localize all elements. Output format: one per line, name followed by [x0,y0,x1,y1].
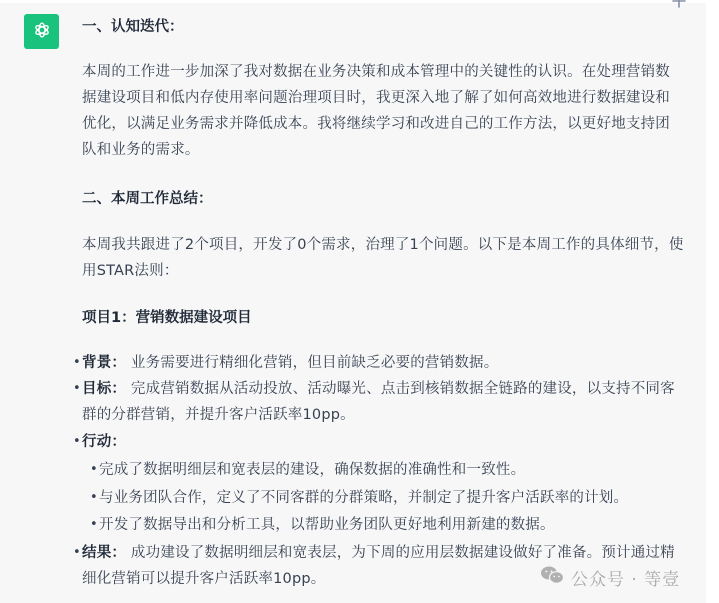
paragraph-line: 本周的工作进一步加深了我对数据在业务决策和成本管理中的关键性的认识。在处理营销数 [82,59,694,85]
project-heading: 项目1：营销数据建设项目 [82,305,252,331]
bullet: • [73,376,81,402]
sub-list-item-text: 开发了数据导出和分析工具，以帮助业务团队更好地利用新建的数据。 [99,512,694,538]
bullet: • [73,429,81,455]
list-item-action: • 行动： [82,429,694,455]
paragraph-line: 本周我共跟进了2个项目，开发了0个需求，治理了1个问题。以下是本周工作的具体细节… [82,232,694,258]
section-paragraph-cognition: 本周的工作进一步加深了我对数据在业务决策和成本管理中的关键性的认识。在处理营销数… [82,59,694,163]
sub-list-item: • 开发了数据导出和分析工具，以帮助业务团队更好地利用新建的数据。 [99,512,694,538]
sub-list-item: • 完成了数据明细层和宽表层的建设，确保数据的准确性和一致性。 [99,457,694,483]
bullet: • [73,540,81,566]
list-item-label: 结果： [82,545,126,561]
paragraph-line: 优化，以满足业务需求并降低成本。我将继续学习和改进自己的工作方法，以更好地支持团 [82,111,694,137]
bullet: • [90,512,98,538]
list-item-text: 群的分群营销，并提升客户活跃率10pp。 [82,402,694,428]
paragraph-line: 用STAR法则： [82,258,694,284]
list-item-background: • 背景： 业务需要进行精细化营销，但目前缺乏必要的营销数据。 [82,350,694,376]
openai-logo-icon [31,19,53,45]
bullet: • [90,457,98,483]
list-item-text: 完成营销数据从活动投放、活动曝光、点击到核销数据全链路的建设，以支持不同客 [131,381,675,397]
bullet: • [73,350,81,376]
section-heading-summary: 二、本周工作总结： [82,186,213,212]
sub-list-item: • 与业务团队合作，定义了不同客群的分群策略，并制定了提升客户活跃率的计划。 [99,485,694,511]
list-item-text: 业务需要进行精细化营销，但目前缺乏必要的营销数据。 [131,355,499,371]
add-button[interactable] [668,0,690,12]
section-heading-cognition: 一、认知迭代： [82,14,184,40]
wechat-watermark: 公众号 · 等壹 [540,564,680,590]
plus-icon [671,0,687,13]
sub-list-item-text: 完成了数据明细层和宽表层的建设，确保数据的准确性和一致性。 [99,457,694,483]
bullet: • [90,485,98,511]
watermark-text: 公众号 · 等壹 [571,565,680,590]
assistant-message-panel: 一、认知迭代： 本周的工作进一步加深了我对数据在业务决策和成本管理中的关键性的认… [0,3,706,603]
list-item-label: 行动： [82,434,126,450]
sub-list-item-text: 与业务团队合作，定义了不同客群的分群策略，并制定了提升客户活跃率的计划。 [99,485,694,511]
paragraph-line: 队和业务的需求。 [82,137,694,163]
wechat-icon [540,565,565,590]
paragraph-line: 据建设项目和低内存使用率问题治理项目时，我更深入地了解了如何高效地进行数据建设和 [82,85,694,111]
list-item-goal: • 目标： 完成营销数据从活动投放、活动曝光、点击到核销数据全链路的建设，以支持… [82,376,694,428]
list-item-label: 目标： [82,381,126,397]
list-item-label: 背景： [82,355,126,371]
section-paragraph-summary: 本周我共跟进了2个项目，开发了0个需求，治理了1个问题。以下是本周工作的具体细节… [82,232,694,284]
list-item-text: 成功建设了数据明细层和宽表层，为下周的应用层数据建设做好了准备。预计通过精 [131,545,675,561]
assistant-avatar [24,14,59,49]
